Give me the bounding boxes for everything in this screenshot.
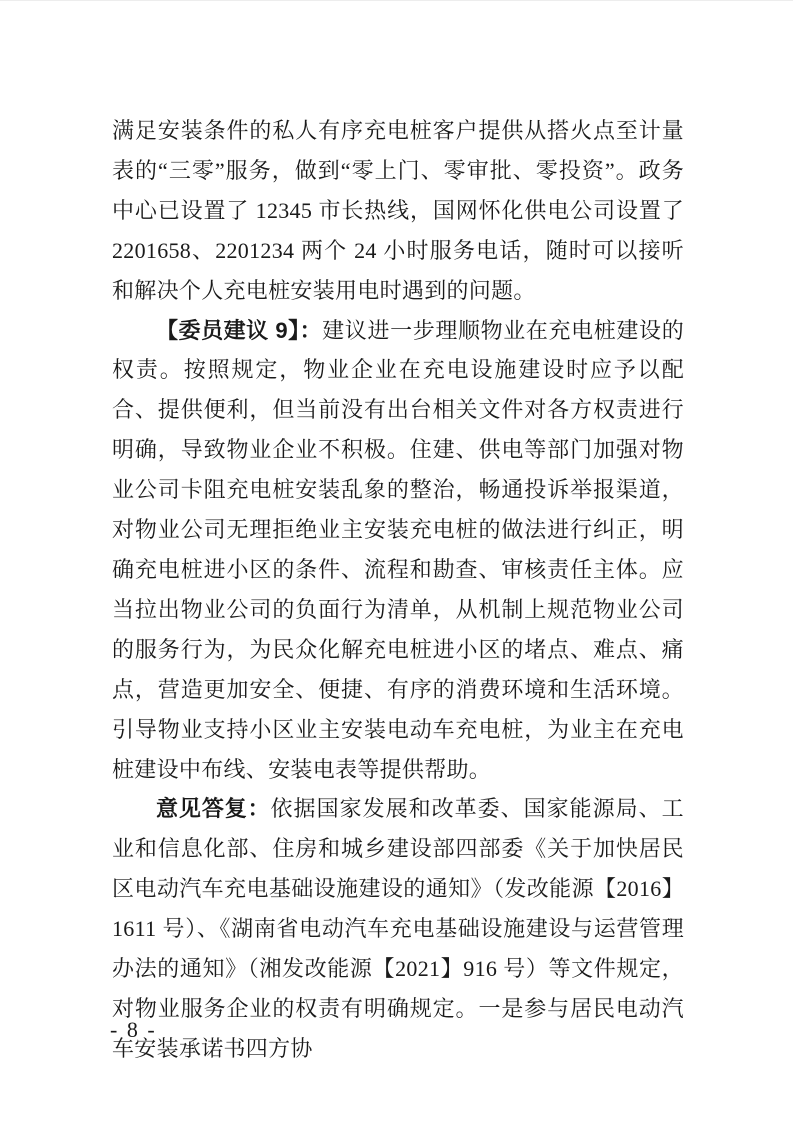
paragraph-hotline-service: 满足安装条件的私人有序充电桩客户提供从搭火点至计量表的“三零”服务，做到“零上门…: [112, 111, 684, 311]
paragraph-lead-label: 意见答复：: [156, 796, 271, 821]
paragraph-text: 依据国家发展和改革委、国家能源局、工业和信息化部、住房和城乡建设部四部委《关于加…: [112, 796, 684, 1060]
paragraph-text: 建议进一步理顺物业在充电桩建设的权责。按照规定，物业企业在充电设施建设时应予以配…: [112, 318, 684, 782]
document-page: 满足安装条件的私人有序充电桩客户提供从搭火点至计量表的“三零”服务，做到“零上门…: [0, 0, 793, 1122]
paragraph-text: 满足安装条件的私人有序充电桩客户提供从搭火点至计量表的“三零”服务，做到“零上门…: [112, 118, 684, 303]
page-number: - 8 -: [110, 1015, 157, 1045]
paragraph-lead-label: 【委员建议 9】：: [156, 318, 322, 343]
paragraph-opinion-reply: 意见答复：依据国家发展和改革委、国家能源局、工业和信息化部、住房和城乡建设部四部…: [112, 789, 684, 1068]
paragraph-committee-suggestion-9: 【委员建议 9】：建议进一步理顺物业在充电桩建设的权责。按照规定，物业企业在充电…: [112, 311, 684, 790]
document-body: 满足安装条件的私人有序充电桩客户提供从搭火点至计量表的“三零”服务，做到“零上门…: [112, 111, 684, 1069]
